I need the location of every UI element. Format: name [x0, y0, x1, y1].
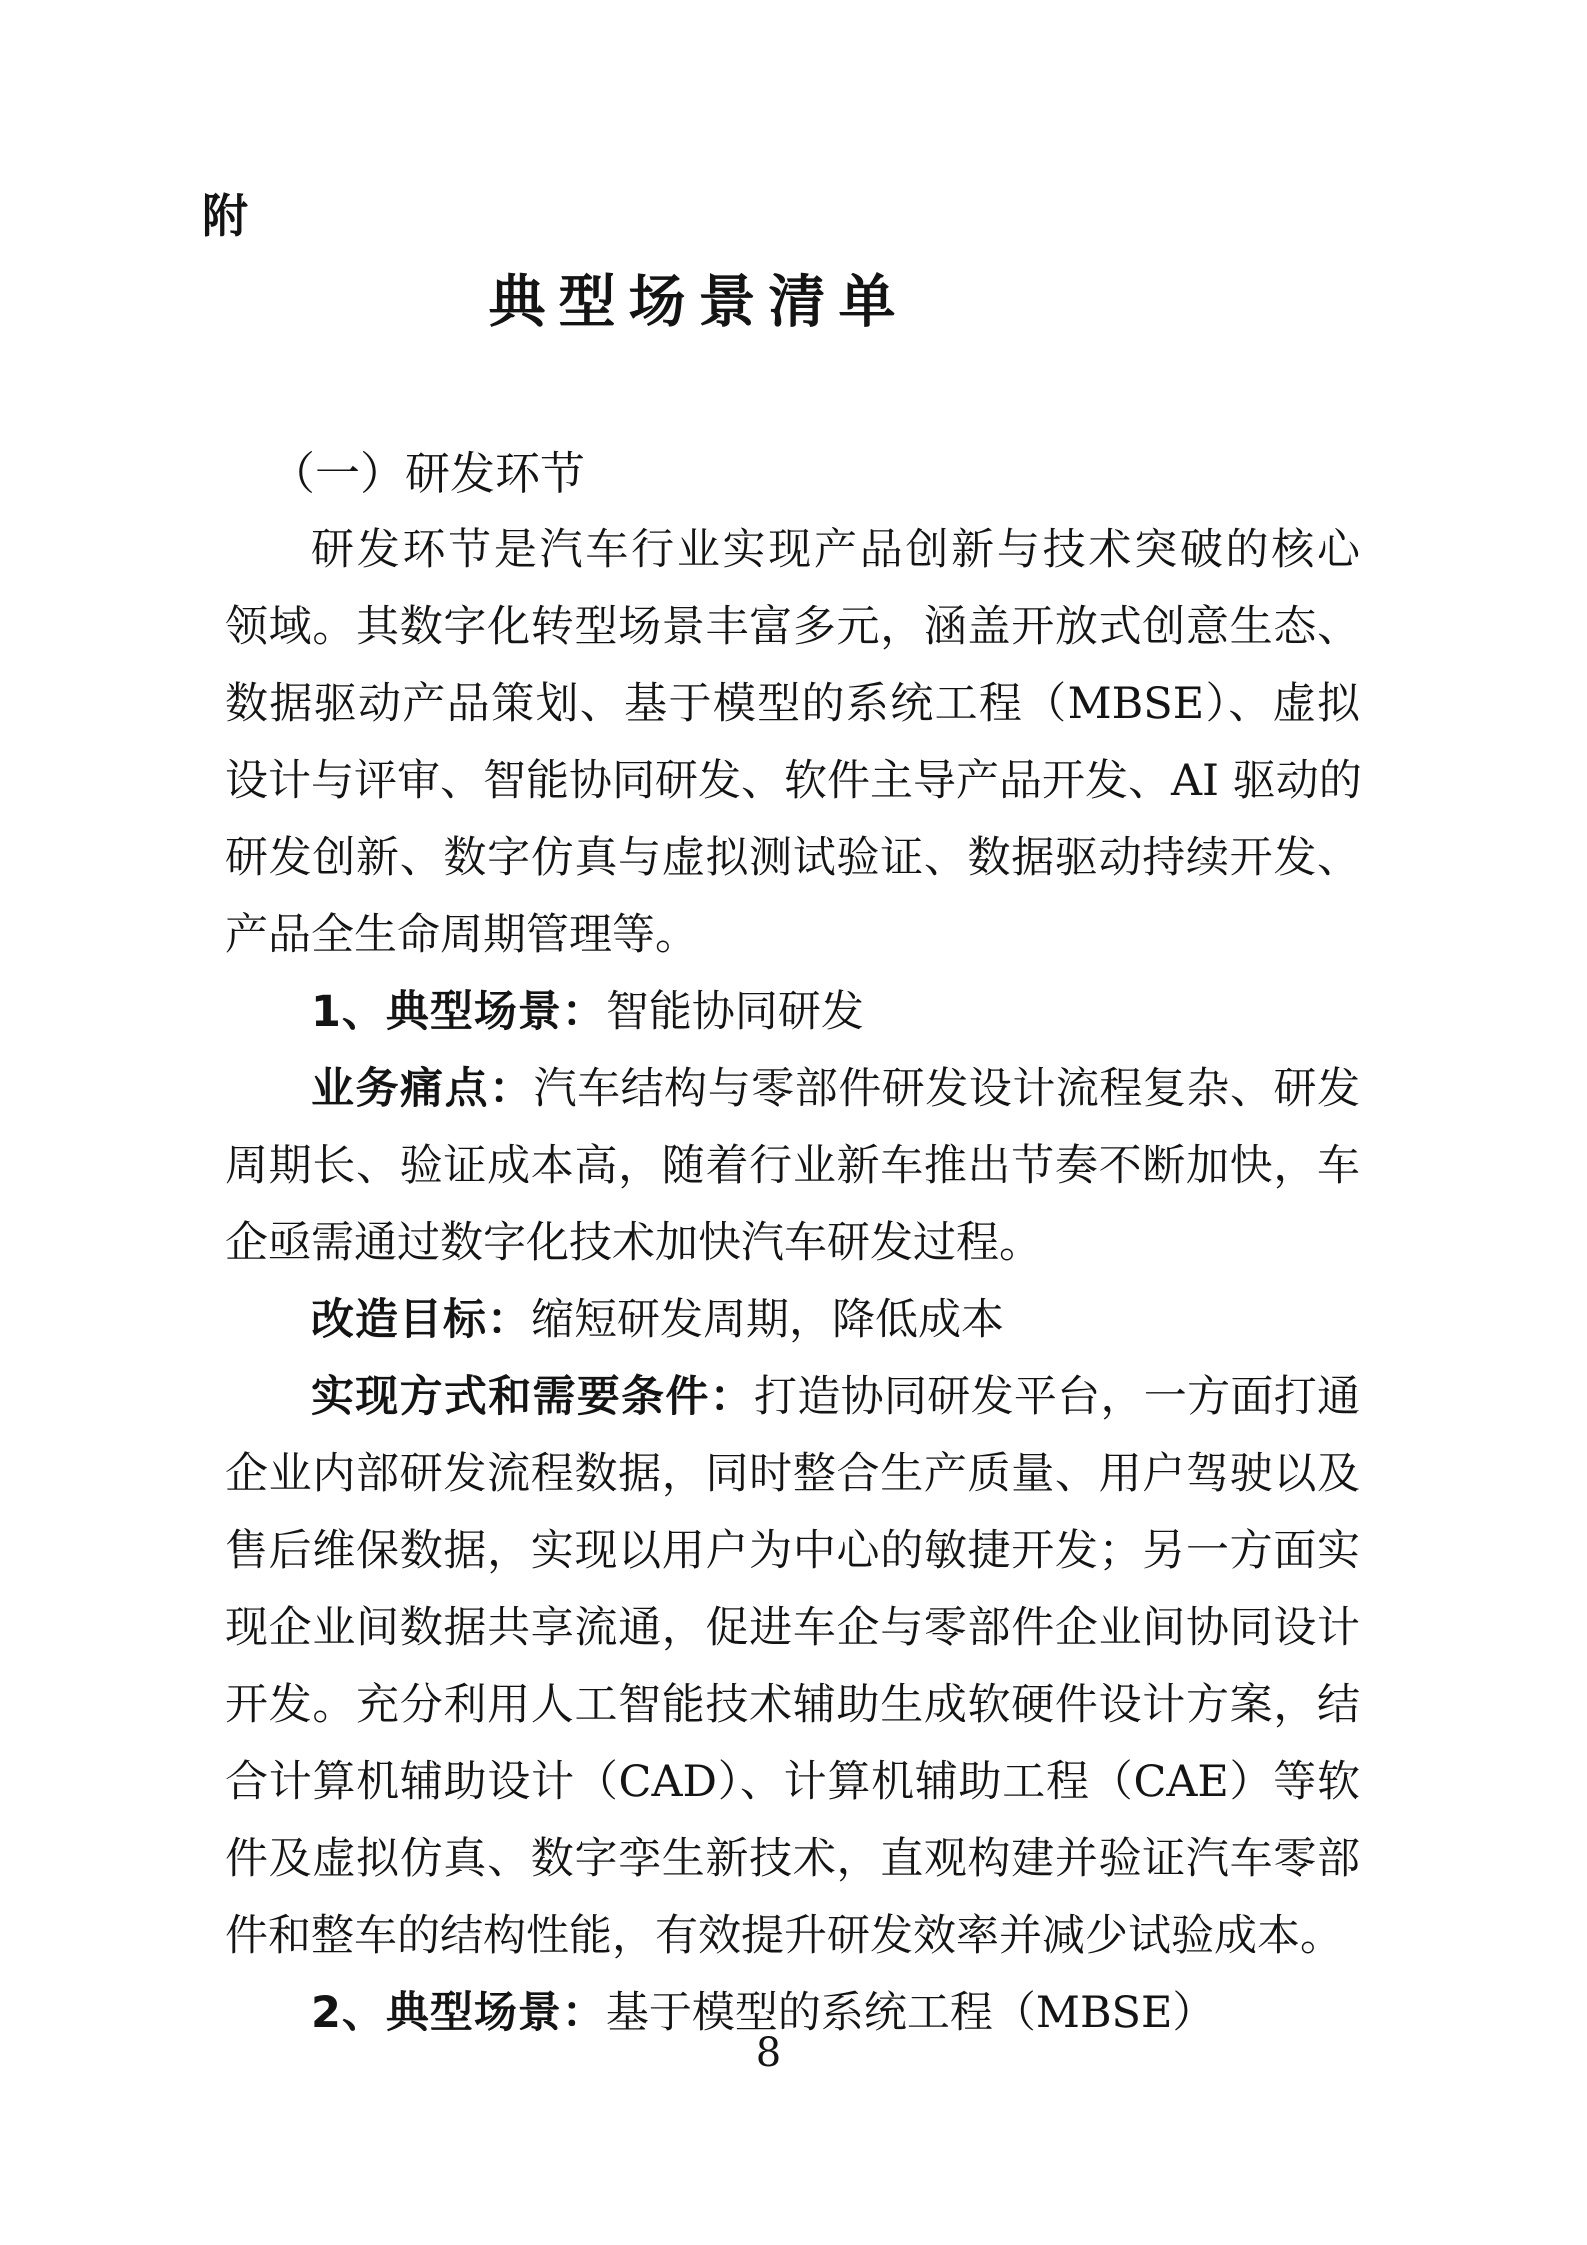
text-line: 周期长、验证成本高，随着行业新车推出节奏不断加快，车: [225, 1128, 1360, 1205]
text-line: 研发创新、数字仿真与虚拟测试验证、数据驱动持续开发、: [225, 820, 1360, 897]
text-line: 企亟需通过数字化技术加快汽车研发过程。: [225, 1205, 1360, 1282]
text-line: 改造目标：缩短研发周期，降低成本: [225, 1282, 1360, 1359]
text-line: 企业内部研发流程数据，同时整合生产质量、用户驾驶以及: [225, 1436, 1360, 1513]
text-line: 售后维保数据，实现以用户为中心的敏捷开发；另一方面实: [225, 1513, 1360, 1590]
line-bold-label: 改造目标：: [311, 1295, 531, 1345]
text-line: 件及虚拟仿真、数字孪生新技术，直观构建并验证汽车零部: [225, 1821, 1360, 1898]
text-line: 设计与评审、智能协同研发、软件主导产品开发、AI 驱动的: [225, 743, 1360, 820]
attachment-label: 附: [202, 186, 248, 246]
text-line: 业务痛点：汽车结构与零部件研发设计流程复杂、研发: [225, 1051, 1360, 1128]
text-line: 实现方式和需要条件：打造协同研发平台，一方面打通: [225, 1359, 1360, 1436]
section-heading: （一）研发环节: [225, 435, 1360, 512]
text-line: 1、典型场景：智能协同研发: [225, 974, 1360, 1051]
line-bold-label: 1、典型场景：: [311, 987, 606, 1037]
text-line: 合计算机辅助设计（CAD）、计算机辅助工程（CAE）等软: [225, 1744, 1360, 1821]
text-line: 开发。充分利用人工智能技术辅助生成软硬件设计方案，结: [225, 1667, 1360, 1744]
page-number: 8: [0, 2030, 1562, 2076]
document-title: 典型场景清单: [0, 256, 1492, 338]
line-bold-label: 业务痛点：: [311, 1064, 534, 1114]
text-line: 数据驱动产品策划、基于模型的系统工程（MBSE）、虚拟: [225, 666, 1360, 743]
body-lines: 研发环节是汽车行业实现产品创新与技术突破的核心领域。其数字化转型场景丰富多元，涵…: [225, 512, 1360, 2052]
document-page: 附 典型场景清单 （一）研发环节 研发环节是汽车行业实现产品创新与技术突破的核心…: [0, 0, 1587, 2245]
text-line: 现企业间数据共享流通，促进车企与零部件企业间协同设计: [225, 1590, 1360, 1667]
text-line: 研发环节是汽车行业实现产品创新与技术突破的核心: [225, 512, 1360, 589]
text-line: 件和整车的结构性能，有效提升研发效率并减少试验成本。: [225, 1898, 1360, 1975]
document-body: （一）研发环节 研发环节是汽车行业实现产品创新与技术突破的核心领域。其数字化转型…: [225, 435, 1360, 2052]
text-line: 产品全生命周期管理等。: [225, 897, 1360, 974]
text-line: 领域。其数字化转型场景丰富多元，涵盖开放式创意生态、: [225, 589, 1360, 666]
line-bold-label: 实现方式和需要条件：: [311, 1372, 754, 1422]
